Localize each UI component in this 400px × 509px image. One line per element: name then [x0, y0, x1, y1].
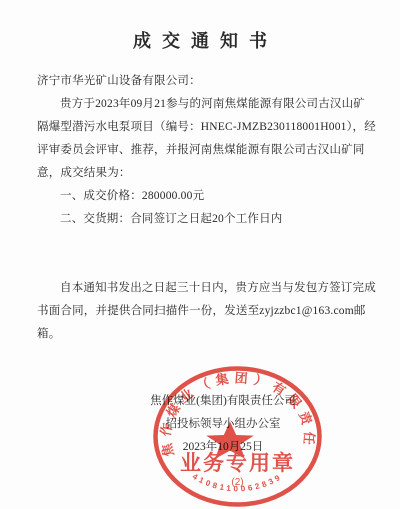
- body-line: 贵方于2023年09月21参与的河南焦煤能源有限公司古汉山矿: [37, 93, 367, 116]
- recipient-line: 济宁市华光矿山设备有限公司：: [37, 70, 367, 93]
- body-line: 隔爆型潜污水电泵项目（编号：HNEC-JMZB230118001H001），经: [37, 116, 367, 139]
- seal-subnumber: (2): [231, 477, 243, 488]
- email-line: 书面合同，并提供合同扫描件一份，发送至zyjzzbc1@163.com邮: [37, 300, 367, 323]
- body-line: 意，成交结果为：: [37, 162, 367, 185]
- body-line: 评审委员会评审、推荐，并报河南焦煤能源有限公司古汉山矿同: [37, 139, 367, 162]
- document-title: 成交通知书: [0, 27, 400, 53]
- document-body: 济宁市华光矿山设备有限公司： 贵方于2023年09月21参与的河南焦煤能源有限公…: [37, 70, 367, 346]
- seal-registration-number: 4108110062839: [191, 472, 284, 494]
- signature-office: 招投标领导小组办公室: [118, 413, 328, 436]
- signature-block: 焦作煤业(集团)有限责任公司 招投标领导小组办公室 2023年10月25日: [118, 390, 328, 459]
- delivery-line: 二、交货期：合同签订之日起20个工作日内: [37, 208, 367, 231]
- signature-company: 焦作煤业(集团)有限责任公司: [118, 390, 328, 413]
- body-line: 箱。: [37, 323, 367, 346]
- body-line: 自本通知书发出之日起三十日内，贵方应当与发包方签订完成: [37, 277, 367, 300]
- price-line: 一、成交价格：280000.00元: [37, 185, 367, 208]
- notice-document: 成交通知书 济宁市华光矿山设备有限公司： 贵方于2023年09月21参与的河南焦…: [0, 0, 400, 509]
- signature-date: 2023年10月25日: [118, 436, 328, 459]
